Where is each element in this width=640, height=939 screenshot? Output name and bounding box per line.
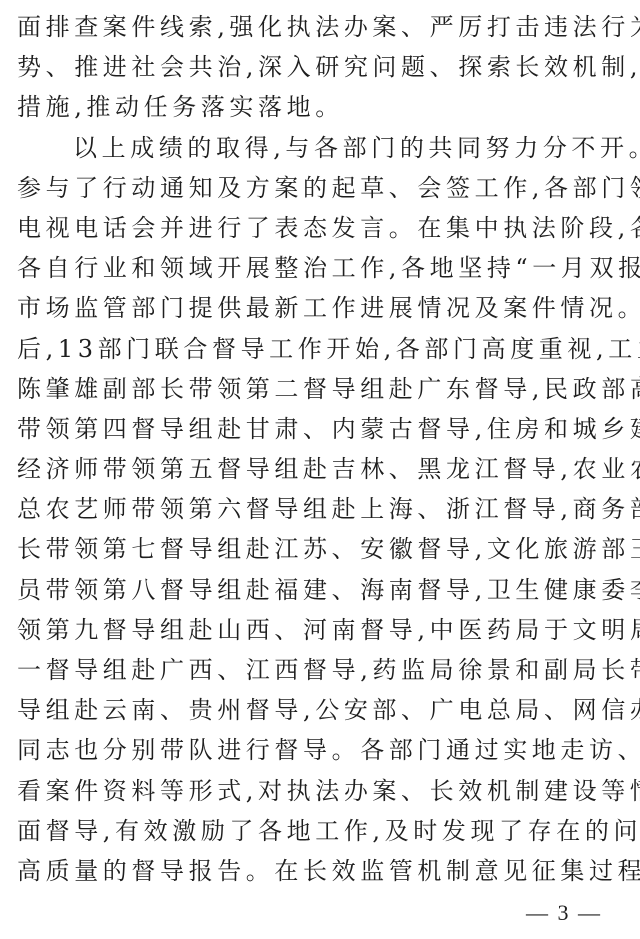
- text-line-5: 参与了行动通知及方案的起草、会签工作,各部门领导同志参加: [17, 168, 623, 208]
- text-line-3: 措施,推动任务落实落地。: [17, 87, 623, 127]
- text-line-20: 看案件资料等形式,对执法办案、长效机制建设等情况进行了全: [17, 771, 623, 811]
- text-line-17: 一督导组赴广西、江西督导,药监局徐景和副局长带领第十二督: [17, 650, 623, 690]
- text-line-18: 导组赴云南、贵州督导,公安部、广电总局、网信办相关司局负责: [17, 690, 623, 730]
- text-line-9: 后,13部门联合督导工作开始,各部门高度重视,工业和信息化部: [17, 329, 623, 369]
- body-text: 面排查案件线索,强化执法办案、严厉打击违法行为,大力宣传造 势、推进社会共治,深…: [17, 7, 623, 891]
- text-line-11: 带领第四督导组赴甘肃、内蒙古督导,住房和城乡建设部赵晖总: [17, 409, 623, 449]
- text-line-19: 同志也分别带队进行督导。各部门通过实地走访、听取汇报、查: [17, 730, 623, 770]
- text-line-10: 陈肇雄副部长带领第二督导组赴广东督导,民政部高晓兵副部长: [17, 369, 623, 409]
- page-number: — 3 —: [526, 900, 602, 926]
- text-line-7: 各自行业和领域开展整治工作,各地坚持“一月双报”,每15天向: [17, 248, 623, 288]
- text-line-21: 面督导,有效激励了各地工作,及时发现了存在的问题,并形成了: [17, 811, 623, 851]
- text-line-13: 总农艺师带领第六督导组赴上海、浙江督导,商务部王炳南副部: [17, 489, 623, 529]
- text-line-6: 电视电话会并进行了表态发言。在集中执法阶段,各部门积极在: [17, 208, 623, 248]
- text-line-2: 势、推进社会共治,深入研究问题、探索长效机制,积极采取有力: [17, 47, 623, 87]
- text-line-1: 面排查案件线索,强化执法办案、严厉打击违法行为,大力宣传造: [17, 7, 623, 47]
- text-line-16: 领第九督导组赴山西、河南督导,中医药局于文明局长带领第十: [17, 610, 623, 650]
- document-page: 面排查案件线索,强化执法办案、严厉打击违法行为,大力宣传造 势、推进社会共治,深…: [0, 0, 640, 939]
- text-line-14: 长带领第七督导组赴江苏、安徽督导,文化旅游部王晓峰党组成: [17, 529, 623, 569]
- text-line-4: 以上成绩的取得,与各部门的共同努力分不开。各部门积极: [17, 128, 623, 168]
- text-line-22: 高质量的督导报告。在长效监管机制意见征集过程中,各部门积: [17, 851, 623, 891]
- text-line-12: 经济师带领第五督导组赴吉林、黑龙江督导,农业农村部马爱国: [17, 449, 623, 489]
- text-line-15: 员带领第八督导组赴福建、海南督导,卫生健康委李斌副主任带: [17, 570, 623, 610]
- text-line-8: 市场监管部门提供最新工作进展情况及案件情况。2月中旬以: [17, 288, 623, 328]
